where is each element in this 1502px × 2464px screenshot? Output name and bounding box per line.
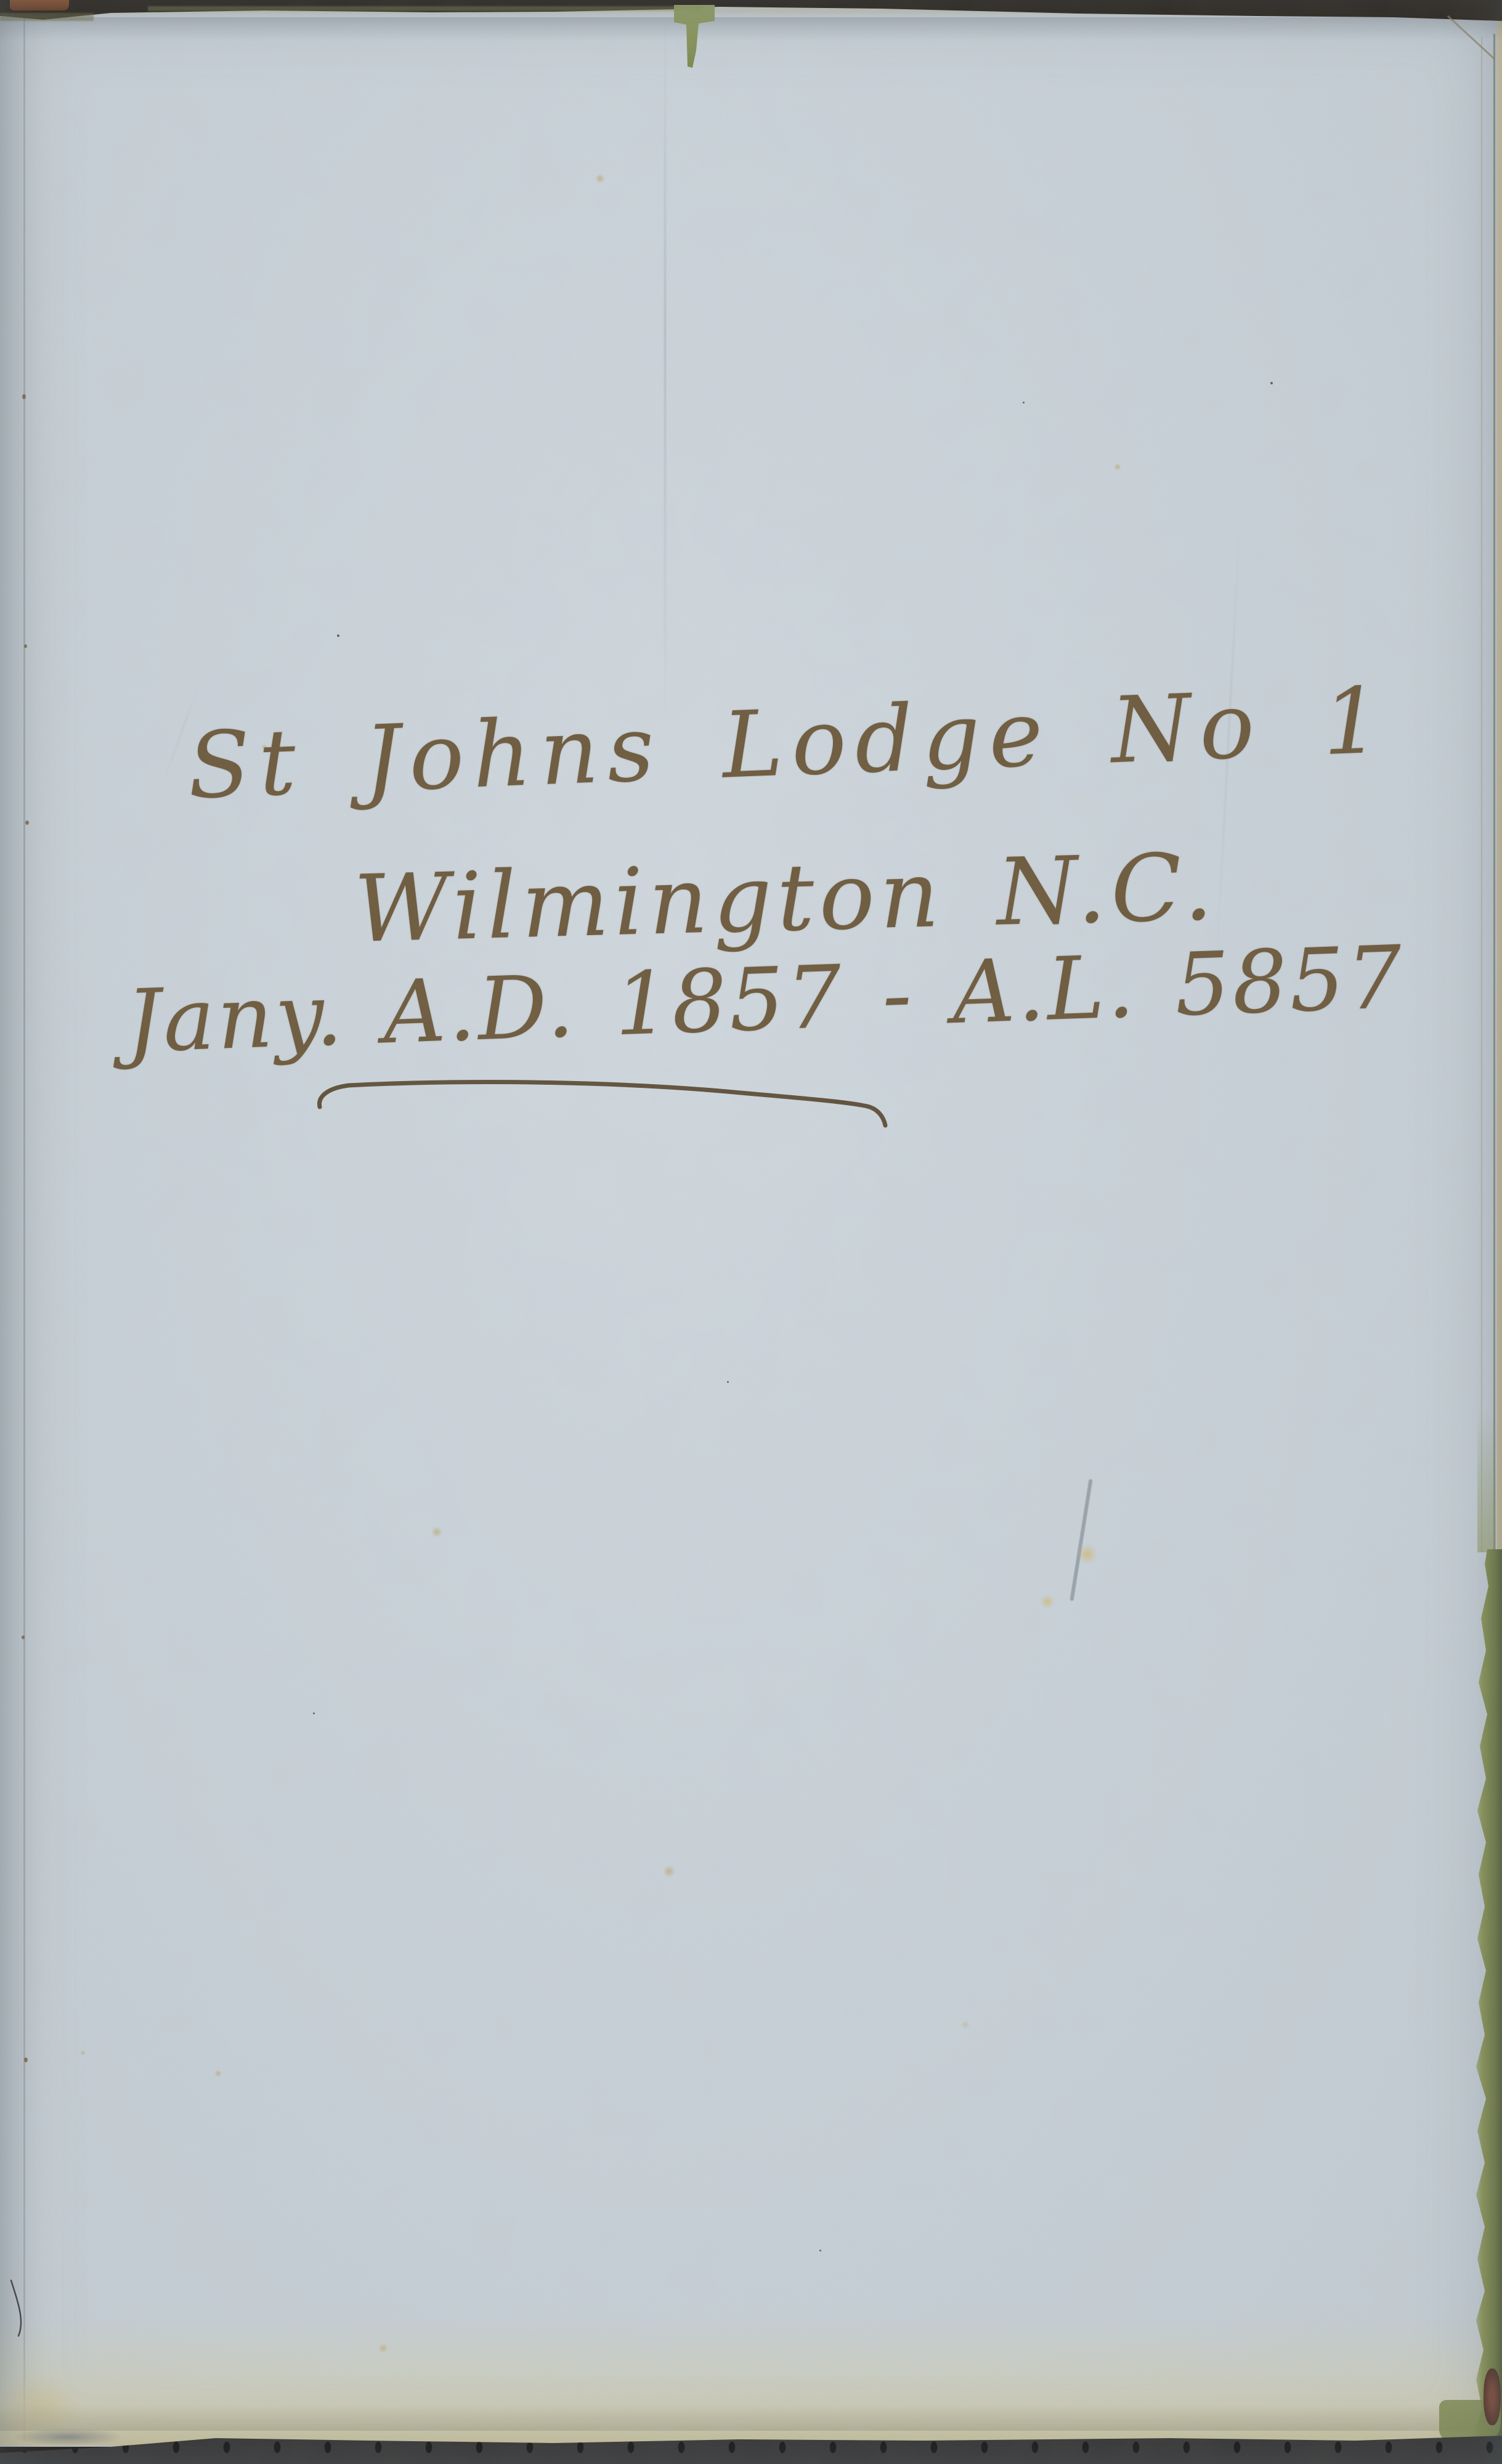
stain-spot [1040, 1594, 1055, 1609]
paper-speck [337, 634, 339, 637]
stain-spot [1077, 1544, 1098, 1565]
green-paint-smear [148, 6, 702, 11]
paper-page [0, 6, 1497, 2447]
leather-cover-fragment [1484, 2369, 1501, 2425]
gutter-speck [25, 821, 29, 825]
binding-gutter [0, 6, 74, 2447]
gutter-speck [22, 394, 26, 399]
foxing-spot [595, 174, 605, 184]
gray-smudge [14, 2428, 122, 2446]
gutter-crease-line [23, 7, 25, 2441]
foxing-spot [663, 1865, 675, 1878]
foxing-spot [80, 2050, 86, 2056]
olive-smudge [0, 13, 94, 21]
gutter-speck [24, 2057, 28, 2062]
gutter-speck [24, 644, 27, 648]
paper-speck [1023, 402, 1025, 403]
top-shadow [0, 17, 1502, 41]
foxing-spot [961, 2020, 970, 2029]
scanned-ledger-page: St Johns Lodge No 1 Wilmington N.C. Jany… [0, 0, 1502, 2464]
paper-speck [313, 1712, 315, 1714]
paper-speck [727, 1381, 729, 1383]
bottom-shadow [0, 2404, 1502, 2431]
foxing-spot [431, 1526, 442, 1538]
page-edge-line [1481, 37, 1482, 1552]
foxing-spot [214, 2070, 222, 2077]
paper-speck [1270, 382, 1273, 384]
paper-crease [664, 15, 666, 723]
fore-edge-paint-fade [1477, 1408, 1496, 1552]
paper-speck [819, 2250, 821, 2251]
gutter-speck [22, 1635, 25, 1639]
binding-leather-bit [10, 0, 69, 10]
foxing-spot [1114, 463, 1121, 471]
